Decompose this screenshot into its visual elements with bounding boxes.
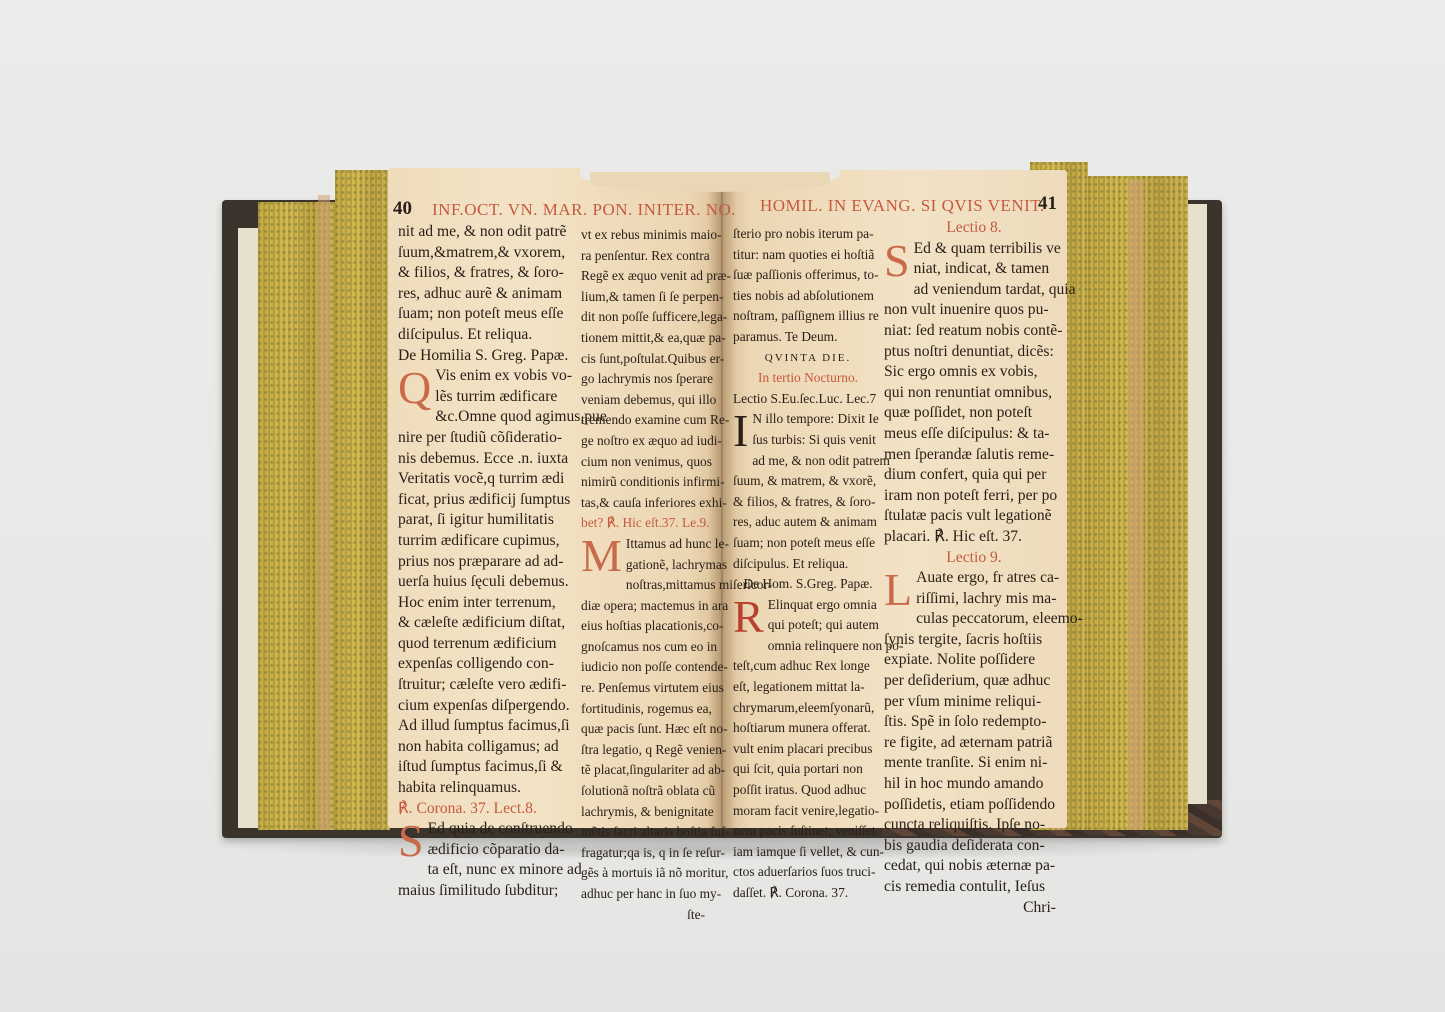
text-line: ſuam; non poteſt meus eſſe — [733, 533, 883, 554]
text-line: lachrymis, & benignitate — [581, 802, 711, 823]
text-line: re figite, ad æternam patriã — [884, 733, 1064, 754]
left-page-column-1: nit ad me, & non odit patrẽ ſuum,&matrem… — [398, 222, 580, 902]
running-head-left: INF.OCT. VN. MAR. PON. INITER. NO. — [432, 200, 736, 220]
text-line: non vult inuenire quos pu- — [884, 300, 1064, 321]
catchword: Chri- — [884, 898, 1064, 919]
text-line: & filios, & fratres, & ſoro- — [398, 263, 580, 284]
text-line: niat: ſed reatum nobis contẽ- — [884, 321, 1064, 342]
text-line: Veritatis vocẽ,q turrim ædi — [398, 469, 580, 490]
text-line: expenſas colligendo con- — [398, 654, 580, 675]
text-line: gnoſcamus nos cum eo in — [581, 637, 711, 658]
right-page-column-2: Lectio 8. S Ed & quam terribilis ve niat… — [884, 218, 1064, 918]
text-line: iram non poteſt ferri, per po — [884, 486, 1064, 507]
page-top-notch-inner — [590, 172, 830, 192]
text-line: dium confert, quia qui per — [884, 465, 1064, 486]
drop-cap-r: R — [733, 597, 764, 637]
running-head-right: HOMIL. IN EVANG. SI QVIS VENIT. — [760, 196, 1045, 216]
text-line: diſcipulus. Et reliqua. — [398, 325, 580, 346]
text-line: N illo tempore: Dixit Ie — [733, 409, 883, 430]
text-line: parat, ſi igitur humilitatis — [398, 510, 580, 531]
responsory-line: daſſet. ℟. Corona. 37. — [733, 883, 883, 904]
drop-cap-s: S — [884, 241, 910, 281]
text-line: cium expenſas diſpergendo. — [398, 696, 580, 717]
text-line: meus eſſe diſcipulus: & ta- — [884, 424, 1064, 445]
text-line: cis ſunt,poſtulat.Quibus er- — [581, 349, 711, 370]
text-line: res, aduc autem & animam — [733, 512, 883, 533]
text-line: chrymarum,eleemſyonarũ, — [733, 698, 883, 719]
text-line: nit ad me, & non odit patrẽ — [398, 222, 580, 243]
text-line: mente tranſite. Si enim ni- — [884, 753, 1064, 774]
text-line: ſolutionã noſtrã oblata cũ — [581, 781, 711, 802]
nocturn-heading: In tertio Nocturno. — [733, 368, 883, 389]
text-line: res, adhuc aurẽ & animam — [398, 284, 580, 305]
text-line: nimirũ conditionis infirmi- — [581, 472, 711, 493]
text-line: lium,& tamen ſi ſe perpen- — [581, 287, 711, 308]
text-line: ſynis tergite, ſacris hoſtiis — [884, 630, 1064, 651]
text-line: hil in hoc mundo amando — [884, 774, 1064, 795]
drop-cap-i: I — [733, 411, 748, 451]
text-line: adhuc per hanc in ſuo my- — [581, 884, 711, 905]
text-line: cuncta reliquiſtis. Ipſe no- — [884, 815, 1064, 836]
folio-number-right: 41 — [1038, 193, 1057, 215]
text-line: tionem mittit,& ea,quæ pa- — [581, 328, 711, 349]
text-line: ſus turbis: Si quis venit — [733, 430, 883, 451]
text-line: diæ opera; mactemus in ara — [581, 596, 711, 617]
text-line: Sic ergo omnis ex vobis, — [884, 362, 1064, 383]
text-line: ſterio pro nobis iterum pa- — [733, 224, 883, 245]
text-line: eſt, legationem mittat la- — [733, 677, 883, 698]
text-line: cium non venimus, quos — [581, 452, 711, 473]
text-line: ptus noſtri denuntiat, dicẽs: — [884, 342, 1064, 363]
text-line: turrim ædificare cupimus, — [398, 531, 580, 552]
text-line: ad me, & non odit patrem — [733, 451, 883, 472]
text-line: cis remedia contulit, Ieſus — [884, 877, 1064, 898]
text-line: paramus. Te Deum. — [733, 327, 883, 348]
left-page-column-2: vt ex rebus minimis maio- ra penſentur. … — [581, 225, 711, 925]
text-line: quod terrenum ædificium — [398, 634, 580, 655]
text-line: quæ pacis ſunt. Hæc eſt no- — [581, 719, 711, 740]
text-line: qui non renuntiat omnibus, — [884, 383, 1064, 404]
text-line: habita relinquamus. — [398, 778, 580, 799]
text-line: men ſperandæ ſalutis reme- — [884, 445, 1064, 466]
responsory-line: placari. ℟. Hic eſt. 37. — [884, 527, 1064, 548]
right-endpaper — [1185, 204, 1207, 804]
text-line: tas,& cauſa inferiores exhi- — [581, 493, 711, 514]
text-line: Hoc enim inter terrenum, — [398, 593, 580, 614]
text-line: moram facit venire,legatio- — [733, 801, 883, 822]
text-line: ſuæ paſſionis offerimus, to- — [733, 265, 883, 286]
text-line: ædificio cõparatio da- — [398, 840, 580, 861]
text-line: vult enim placari precibus — [733, 739, 883, 760]
text-line: Ed & quam terribilis ve — [884, 239, 1064, 260]
text-line: nire per ſtudiũ cõſideratio- — [398, 428, 580, 449]
text-line: Regẽ ex æquo venit ad præ- — [581, 266, 711, 287]
section-heading: De Homilia S. Greg. Papæ. — [398, 346, 580, 367]
text-line: iſtud ſumptus facimus,ſi & — [398, 757, 580, 778]
day-heading: QVINTA DIE. — [733, 348, 883, 369]
left-endpaper — [238, 228, 258, 828]
text-line: Ed quia de conſtruendo — [398, 819, 580, 840]
lectio-heading: Lectio 8. — [884, 218, 1064, 239]
text-line: per vſum minime reliqui- — [884, 692, 1064, 713]
text-line: re. Penſemus virtutem eius — [581, 678, 711, 699]
text-line: ta eſt, nunc ex minore ad — [398, 860, 580, 881]
text-line: vt ex rebus minimis maio- — [581, 225, 711, 246]
text-line: iam iamque ſi vellet, & cun- — [733, 842, 883, 863]
text-line: tremendo examine cum Re- — [581, 410, 711, 431]
text-line: non habita colligamus; ad — [398, 737, 580, 758]
text-line: ſtis. Spẽ in ſolo redempto- — [884, 712, 1064, 733]
edge-stripe — [1128, 180, 1144, 830]
text-line: ties nobis ad abſolutionem — [733, 286, 883, 307]
text-line: prius nos præparare ad ad- — [398, 552, 580, 573]
right-page-column-1: ſterio pro nobis iterum pa- titur: nam q… — [733, 224, 883, 904]
text-line: poſſit iratus. Quod adhuc — [733, 780, 883, 801]
text-line: ſtulatæ pacis vult legationẽ — [884, 506, 1064, 527]
text-line: uerſa huius ſęculi debemus. — [398, 572, 580, 593]
text-line: noſtram, paſſignem illius re — [733, 306, 883, 327]
text-line: fortitudinis, rogemus ea, — [581, 699, 711, 720]
text-line: ſuam; non poteſt meus eſſe — [398, 304, 580, 325]
text-line: ſuum, & matrem, & vxorẽ, — [733, 471, 883, 492]
drop-cap-l: L — [884, 570, 912, 610]
text-line: nem pacis ſuſtinet; veniſſet — [733, 821, 883, 842]
text-line: ſuum,&matrem,& vxorem, — [398, 243, 580, 264]
text-line: gẽs à mortuis iã nõ moritur, — [581, 863, 711, 884]
text-line: veniam debemus, qui illo — [581, 390, 711, 411]
text-line: iudicio non poſſe contende- — [581, 657, 711, 678]
text-line: & filios, & fratres, & ſoro- — [733, 492, 883, 513]
text-line: quæ poſſidet, non poteſt — [884, 403, 1064, 424]
text-line: nis debemus. Ecce .n. iuxta — [398, 449, 580, 470]
drop-cap-q: Q — [398, 368, 431, 408]
lectio-heading: Lectio S.Eu.ſec.Luc. Lec.7 — [733, 389, 883, 410]
drop-cap-m: M — [581, 536, 622, 576]
text-line: teſt,cum adhuc Rex longe — [733, 656, 883, 677]
text-line: ſtra legatio, q Regẽ venien- — [581, 740, 711, 761]
responsory-line: bet? ℟. Hic eſt.37. Le.9. — [581, 513, 711, 534]
drop-cap-s: S — [398, 821, 424, 861]
text-line: dit non poſſe ſufficere,lega- — [581, 307, 711, 328]
text-line: niat, indicat, & tamen — [884, 259, 1064, 280]
text-line: qui ſcit, quia portari non — [733, 759, 883, 780]
text-line: titur: nam quoties ei hoſtiã — [733, 245, 883, 266]
catchword: ſte- — [581, 905, 711, 926]
text-line: Ad illud ſumptus facimus,ſi — [398, 716, 580, 737]
text-line: fragatur;qa is, q in ſe reſur- — [581, 843, 711, 864]
text-line: go lachrymis nos ſperare — [581, 369, 711, 390]
text-line: diſcipulus. Et reliqua. — [733, 554, 883, 575]
text-line: ſtruitur; cæleſte vero ædifi- — [398, 675, 580, 696]
responsory-line: ℟. Corona. 37. Lect.8. — [398, 799, 580, 820]
folio-number-left: 40 — [393, 198, 412, 220]
section-heading: De Hom. S.Greg. Papæ. — [733, 574, 883, 595]
text-line: bis gaudia deſiderata con- — [884, 836, 1064, 857]
text-line: ra penſentur. Rex contra — [581, 246, 711, 267]
text-line: ctos aduerſarios ſuos truci- — [733, 862, 883, 883]
text-line: ficat, prius ædificij ſumptus — [398, 490, 580, 511]
text-line: poſſidetis, etiam poſſidendo — [884, 795, 1064, 816]
text-line: eius hoſtias placationis,co- — [581, 616, 711, 637]
text-line: per deſiderium, quæ adhuc — [884, 671, 1064, 692]
text-line: tẽ placat,ſingulariter ad ab- — [581, 760, 711, 781]
text-line: expiate. Nolite poſſidere — [884, 650, 1064, 671]
left-page-edges-inner — [335, 170, 390, 830]
text-line: cedat, qui nobis æternæ pa- — [884, 856, 1064, 877]
text-line: ad veniendum tardat, quia — [884, 280, 1064, 301]
edge-stripe — [318, 195, 330, 830]
text-line: maius ſimilitudo ſubditur; — [398, 881, 580, 902]
text-line: & cæleſte ædificium diſtat, — [398, 613, 580, 634]
text-line: mẽtis ſacri altaris hoſtia ſuf- — [581, 822, 711, 843]
text-line: ge noſtro ex æquo ad iudi- — [581, 431, 711, 452]
text-line: hoſtiarum munera offerat. — [733, 718, 883, 739]
